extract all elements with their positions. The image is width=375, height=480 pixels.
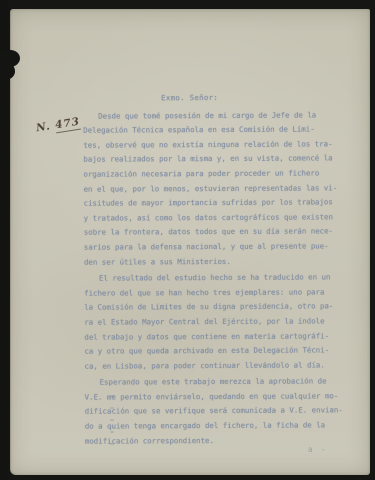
typed-line: ra el Estado Mayor Central del Ejército,…	[84, 314, 346, 330]
typed-line: y tratados, así como los datos cartográf…	[84, 210, 346, 226]
typed-line: sobre la frontera, datos todos que en su…	[84, 225, 346, 241]
typed-line: en el que, por lo menos, estuvieran repr…	[84, 181, 346, 197]
page-mark: a -	[308, 445, 328, 454]
typed-line: ca, en Lisboa, para poder continuar llev…	[84, 358, 346, 374]
handwritten-number: N. 473	[35, 116, 81, 135]
letter-paper: N. 473 Exmo. Señor: Desde que tomé poses…	[10, 9, 370, 475]
torn-edge-mark	[0, 63, 15, 79]
letter-paragraphs: Desde que tomé posesión de mi cargo de J…	[83, 108, 347, 449]
typed-line: Desde que tomé posesión de mi cargo de J…	[83, 108, 345, 124]
typed-line: tes, observé que no existía ninguna rela…	[83, 137, 345, 153]
typed-line: sarios para la defensa nacional, y que a…	[84, 239, 346, 255]
typed-line: bajos realizados por la misma y, en su v…	[83, 152, 345, 168]
paragraph: El resultado del estudio hecho se ha tra…	[84, 270, 347, 374]
handwritten-number-prefix: N.	[35, 120, 51, 134]
paragraph: Desde que tomé posesión de mi cargo de J…	[83, 108, 346, 270]
typed-line: ca y otro que queda archivado en esta De…	[84, 343, 346, 359]
typed-line: fichero del que se han hecho tres ejempl…	[84, 285, 346, 301]
typed-line: organización necesaria para poder proced…	[83, 166, 345, 182]
typed-line: V.E. me permito enviárselo, quedando en …	[85, 389, 347, 405]
typed-line: do a quien tenga encargado del fichero, …	[85, 418, 347, 434]
handwritten-number-value: 473	[54, 116, 81, 134]
paragraph: Esperando que este trabajo merezca la ap…	[85, 375, 347, 449]
typed-line: del trabajo y datos que contiene en mate…	[84, 329, 346, 345]
typed-line: den ser útiles a sus Ministerios.	[84, 254, 346, 270]
typed-line: la Comisión de Límites de su digna presi…	[84, 300, 346, 316]
typed-line: cisitudes de mayor importancia sufridas …	[84, 195, 346, 211]
typed-line: dificación que se verifique será comunic…	[85, 404, 347, 420]
typed-letter-body: Exmo. Señor: Desde que tomé posesión de …	[83, 90, 347, 449]
scan-background: N. 473 Exmo. Señor: Desde que tomé poses…	[0, 0, 375, 480]
salutation: Exmo. Señor:	[161, 90, 345, 106]
typed-line: Esperando que este trabajo merezca la ap…	[85, 375, 347, 391]
ink-bleed-marks	[110, 395, 116, 457]
scanned-letter-page: { "page": { "background_color": "#161614…	[0, 0, 375, 480]
typed-line: El resultado del estudio hecho se ha tra…	[84, 270, 346, 286]
typed-line: Delegación Técnica española en esa Comis…	[83, 123, 345, 139]
